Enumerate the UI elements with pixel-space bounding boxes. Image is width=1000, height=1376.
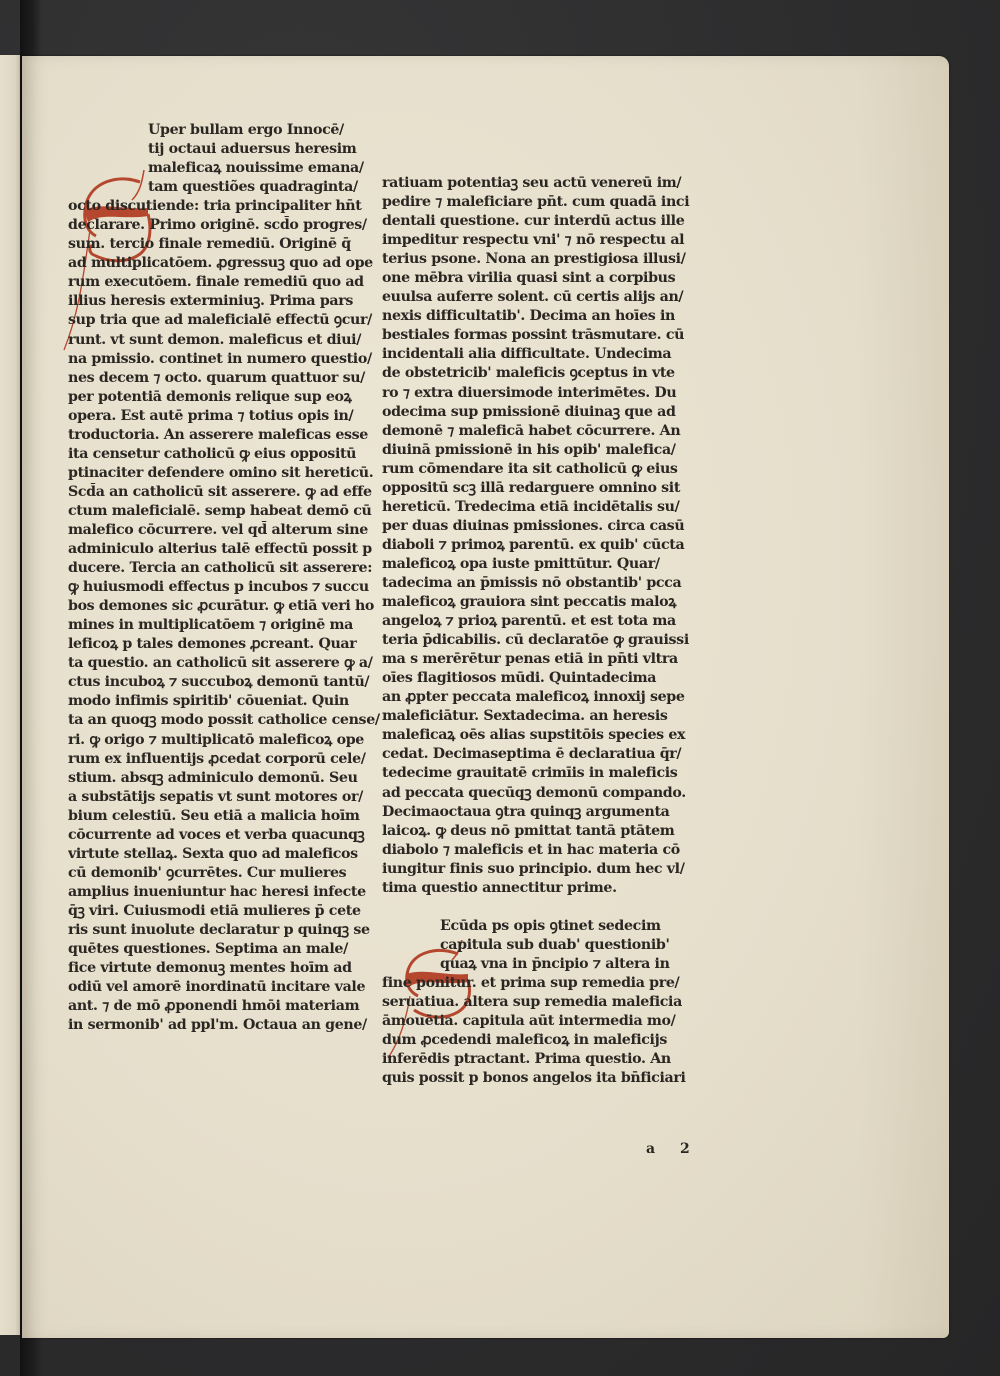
text-line: ꝙ huiusmodi effectus p incubos ⁊ succu bbox=[68, 578, 388, 597]
text-line: diaboli ⁊ primoꝝ parentū. ex quib' cūcta bbox=[382, 536, 704, 555]
text-line: euulsa auferre solent. cū certis alijs a… bbox=[382, 288, 704, 307]
right-text-column: ratiuam potentiaꝫ seu actū venereū im/ p… bbox=[382, 174, 704, 1088]
text-line: cedat. Decimaseptima ē declaratiua q̄r/ bbox=[382, 745, 704, 764]
text-line: ris sunt inuolute declaratur p quinqꝫ se bbox=[68, 921, 388, 940]
text-line: nes decem ⁊ octo. quarum quattuor su/ bbox=[68, 369, 388, 388]
text-line: ratiuam potentiaꝫ seu actū venereū im/ bbox=[382, 174, 704, 193]
text-line: mines in multiplicatōem ⁊ originē ma bbox=[68, 616, 388, 635]
text-line: demonē ⁊ maleficā habet cōcurrere. An bbox=[382, 422, 704, 441]
text-line: modo infimis spiritib' cōueniat. Quin bbox=[68, 692, 388, 711]
text-line: maleficoꝝ grauiora sint peccatis maloꝝ bbox=[382, 593, 704, 612]
text-line: rum cōmendare ita sit catholicū ꝙ eius bbox=[382, 460, 704, 479]
text-line: rum executōem. finale remediū quo ad bbox=[68, 273, 388, 292]
text-line: q̄ꝫ viri. Cuiusmodi etiā mulieres p̄ cet… bbox=[68, 902, 388, 921]
text-line: maleficiātur. Sextadecima. an heresis bbox=[382, 707, 704, 726]
text-line: laicoꝝ. ꝙ deus nō pmittat tantā ptātem bbox=[382, 822, 704, 841]
text-line: in sermonib' ad ppl'm. Octaua an gene/ bbox=[68, 1016, 388, 1035]
text-line: ad multiplicatōem. ꝓgressuꝫ quo ad ope bbox=[68, 254, 388, 273]
text-line: tij octaui aduersus heresim bbox=[68, 140, 388, 159]
text-line: declarare. Primo originē. scd̄o progres/ bbox=[68, 216, 388, 235]
text-line: diuinā pmissionē in his opib' malefica/ bbox=[382, 441, 704, 460]
text-line: ad peccata quecūqꝫ demonū compando. bbox=[382, 784, 704, 803]
text-line: maleficaꝝ nouissime emana/ bbox=[68, 159, 388, 178]
text-line: fice virtute demonuꝫ mentes hoīm ad bbox=[68, 959, 388, 978]
text-line: de obstetricib' maleficis ꝯceptus in vte bbox=[382, 364, 704, 383]
text-line: sum. tercio finale remediū. Originē q̄ bbox=[68, 235, 388, 254]
text-line: ita censetur catholicū ꝙ eius oppositū bbox=[68, 445, 388, 464]
text-line: ro ⁊ extra diuersimode interimētes. Du bbox=[382, 384, 704, 403]
text-line: quaꝝ vna in p̄ncipio ⁊ altera in bbox=[382, 955, 704, 974]
text-line: runt. vt sunt demon. maleficus et diui/ bbox=[68, 331, 388, 350]
text-line: bos demones sic ꝓcurātur. ꝙ etiā veri ho bbox=[68, 597, 388, 616]
text-line: tima questio annectitur prime. bbox=[382, 879, 704, 898]
text-line: one mēbra virilia quasi sint a corpibus bbox=[382, 269, 704, 288]
text-line: angeloꝝ ⁊ prioꝝ parentū. et est tota ma bbox=[382, 612, 704, 631]
text-line: tam questiões quadraginta/ bbox=[68, 178, 388, 197]
text-line: bestiales formas possint trāsmutare. cū bbox=[382, 326, 704, 345]
text-line: amplius inueniuntur hac heresi infecte bbox=[68, 883, 388, 902]
text-line: seruatiua. altera sup remedia maleficia bbox=[382, 993, 704, 1012]
text-line: leficoꝝ p tales demones ꝓcreant. Quar bbox=[68, 635, 388, 654]
text-line: virtute stellaꝝ. Sexta quo ad maleficos bbox=[68, 845, 388, 864]
text-line: ctus incuboꝝ ⁊ succuboꝝ demonū tantū/ bbox=[68, 673, 388, 692]
section-gap bbox=[382, 898, 704, 917]
text-line: ctum maleficialē. semp habeat demō cū bbox=[68, 502, 388, 521]
text-line: maleficoꝝ opa iuste pmittūtur. Quar/ bbox=[382, 555, 704, 574]
text-line: illius heresis exterminiuꝫ. Prima pars bbox=[68, 292, 388, 311]
text-line: dum ꝓcedendi maleficoꝝ in maleficijs bbox=[382, 1031, 704, 1050]
text-line: hereticū. Tredecima etiā incidētalis su/ bbox=[382, 498, 704, 517]
text-line: inferēdis ptractant. Prima questio. An bbox=[382, 1050, 704, 1069]
text-line: ri. ꝙ origo ⁊ multiplicatō maleficoꝝ ope bbox=[68, 731, 388, 750]
text-line: Scd̄a an catholicū sit asserere. ꝙ ad ef… bbox=[68, 483, 388, 502]
text-line: na pmissio. continet in numero questio/ bbox=[68, 350, 388, 369]
signature-mark: a 2 bbox=[646, 1141, 700, 1157]
text-line: cū demonib' ꝯcurrētes. Cur mulieres bbox=[68, 864, 388, 883]
text-line: per potentiā demonis relique sup eoꝝ bbox=[68, 388, 388, 407]
text-line: teria p̄dicabilis. cū declaratōe ꝙ graui… bbox=[382, 631, 704, 650]
text-line: ma s merērētur penas etiā in pn̄ti vltra bbox=[382, 650, 704, 669]
text-line: capitula sub duab' questionib' bbox=[382, 936, 704, 955]
text-line: cōcurrente ad voces et verba quacunqꝫ bbox=[68, 826, 388, 845]
text-line: a substātijs sepatis vt sunt motores or/ bbox=[68, 788, 388, 807]
text-line: Decimaoctaua ꝯtra quinqꝫ argumenta bbox=[382, 803, 704, 822]
text-line: adminiculo alterius talē effectū possit … bbox=[68, 540, 388, 559]
text-line: ptinaciter defendere omino sit hereticū. bbox=[68, 464, 388, 483]
text-line: quis possit p bonos angelos ita bn̄ficia… bbox=[382, 1069, 704, 1088]
text-line: Ecūda ps opis ꝯtinet sedecim bbox=[382, 917, 704, 936]
left-text-column: Uper bullam ergo Innocē/ tij octaui adue… bbox=[68, 121, 388, 1035]
text-line: incidentali alia difficultate. Undecima bbox=[382, 345, 704, 364]
text-line: dentali questione. cur interdū actus ill… bbox=[382, 212, 704, 231]
text-line: opera. Est autē prima ⁊ totius opis in/ bbox=[68, 407, 388, 426]
text-line: pedire ⁊ maleficiare pn̄t. cum quadā inc… bbox=[382, 193, 704, 212]
text-line: ducere. Tercia an catholicū sit asserere… bbox=[68, 559, 388, 578]
text-line: terius psone. Nona an prestigiosa illusi… bbox=[382, 250, 704, 269]
text-line: stium. absqꝫ adminiculo demonū. Seu bbox=[68, 769, 388, 788]
text-line: malefico cōcurrere. vel qd̄ alterum sine bbox=[68, 521, 388, 540]
text-line: tedecime grauitatē crimīis in maleficis bbox=[382, 764, 704, 783]
text-line: sup tria que ad maleficialē effectū ꝯcur… bbox=[68, 311, 388, 330]
text-line: impeditur respectu vni' ⁊ nō respectu al bbox=[382, 231, 704, 250]
text-line: fine ponitur. et prima sup remedia pre/ bbox=[382, 974, 704, 993]
text-line: oppositū scꝫ illā redarguere omnino sit bbox=[382, 479, 704, 498]
text-line: maleficaꝝ oēs alias supstitōis species e… bbox=[382, 726, 704, 745]
text-line: oīes flagitiosos mūdi. Quintadecima bbox=[382, 669, 704, 688]
text-line: tadecima an p̄missis nō obstantib' pcca bbox=[382, 574, 704, 593]
text-line: quētes questiones. Septima an male/ bbox=[68, 940, 388, 959]
text-line: ta an quoqꝫ modo possit catholice cense/ bbox=[68, 711, 388, 730]
text-line: troductoria. An asserere maleficas esse bbox=[68, 426, 388, 445]
text-line: bium celestiū. Seu etiā a malicia hoīm bbox=[68, 807, 388, 826]
text-line: diabolo ⁊ maleficis et in hac materia cō bbox=[382, 841, 704, 860]
text-line: octo discutiende: tria principaliter hn̄… bbox=[68, 197, 388, 216]
text-line: ta questio. an catholicū sit asserere ꝙ … bbox=[68, 654, 388, 673]
text-line: an ꝓpter peccata maleficoꝝ innoxij sepe bbox=[382, 688, 704, 707]
text-line: nexis difficultatib'. Decima an hoīes in bbox=[382, 307, 704, 326]
text-line: āmouētia. capitula aūt intermedia mo/ bbox=[382, 1012, 704, 1031]
text-line: odecima sup pmissionē diuinaꝫ que ad bbox=[382, 403, 704, 422]
text-line: odiū vel amorē inordinatū incitare vale bbox=[68, 978, 388, 997]
text-line: per duas diuinas pmissiones. circa casū bbox=[382, 517, 704, 536]
text-line: Uper bullam ergo Innocē/ bbox=[68, 121, 388, 140]
text-line: ant. ⁊ de mō ꝓponendi hmōi materiam bbox=[68, 997, 388, 1016]
text-line: rum ex influentijs ꝓcedat corporū cele/ bbox=[68, 750, 388, 769]
text-line: iungitur finis suo principio. dum hec vl… bbox=[382, 860, 704, 879]
